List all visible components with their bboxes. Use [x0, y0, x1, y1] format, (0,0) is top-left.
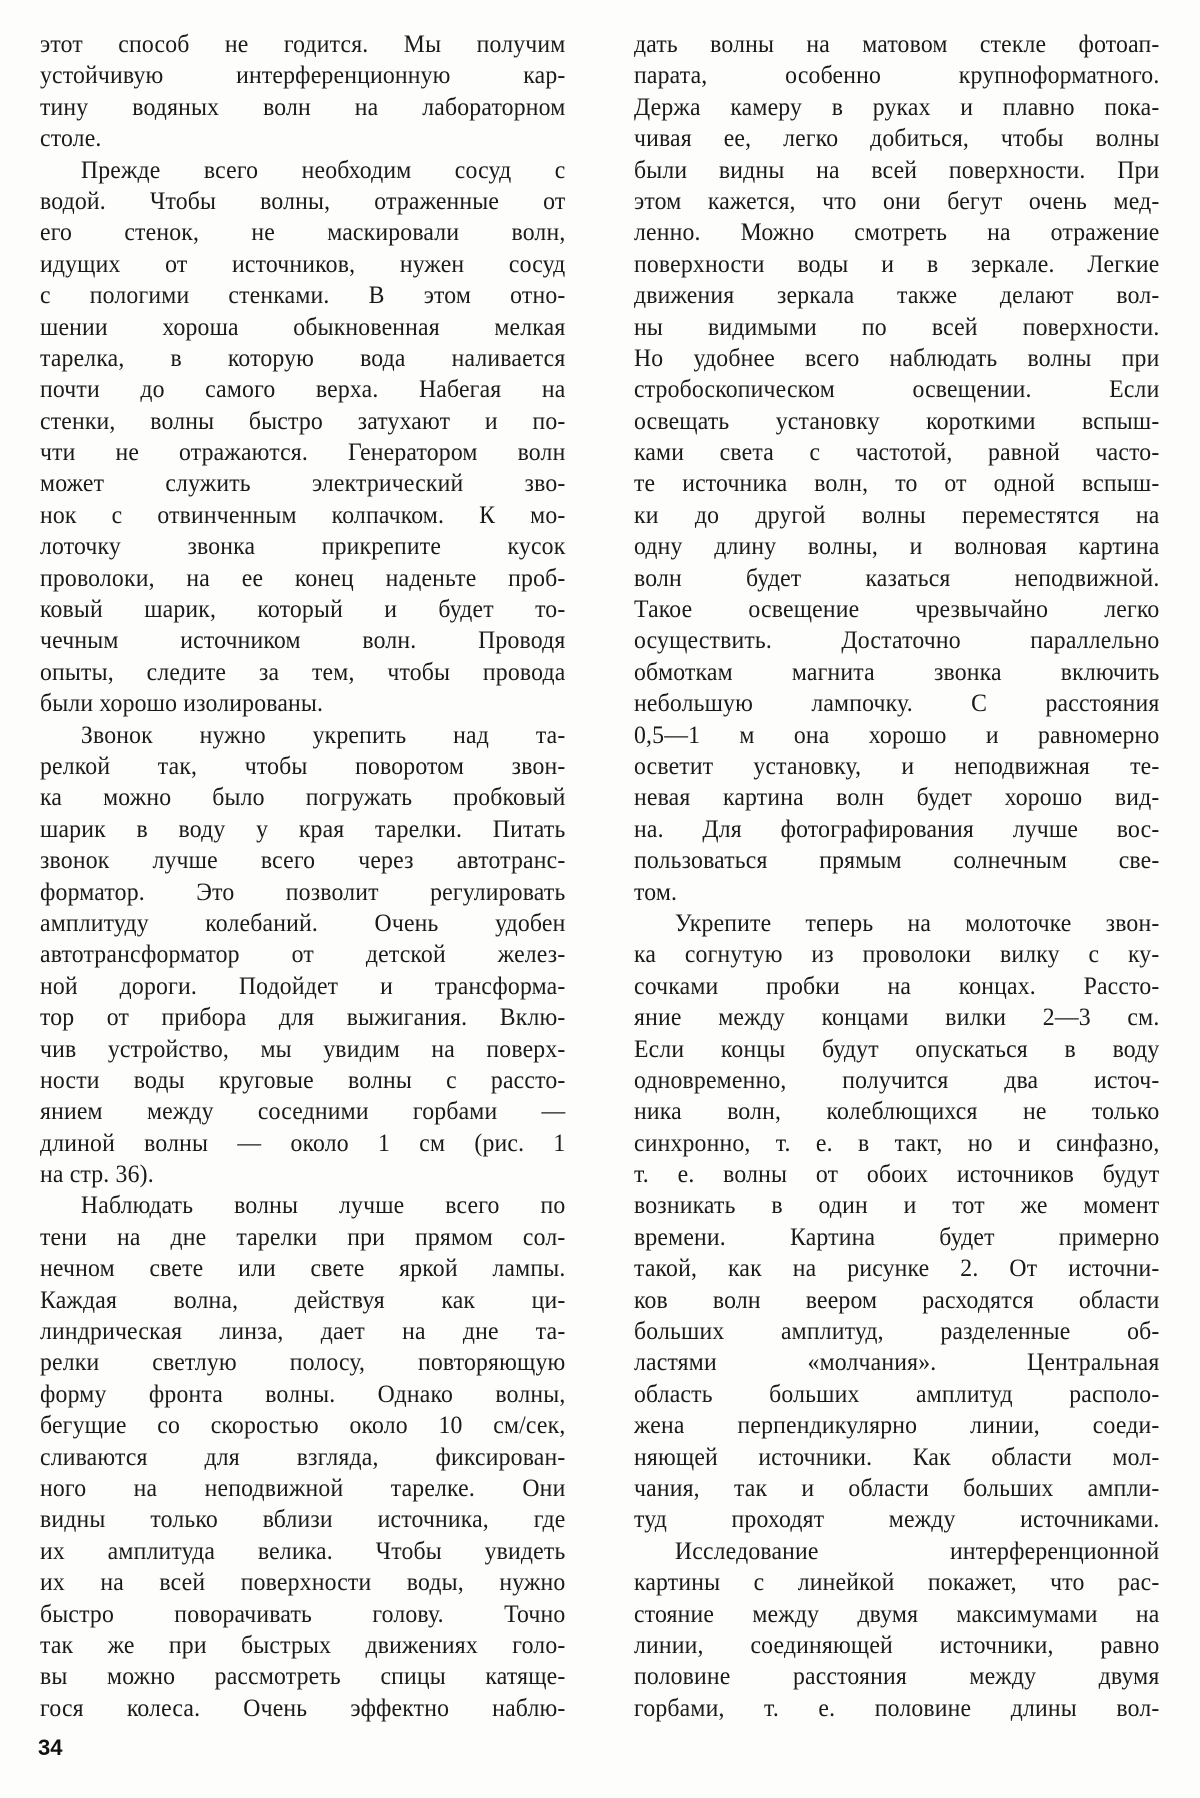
text-line: времени. Картина будет примерно	[634, 1221, 1159, 1252]
text-line: парата, особенно крупноформатного.	[634, 59, 1159, 90]
text-line: ками света с частотой, равной часто-	[634, 436, 1159, 467]
text-line: жена перпендикулярно линии, соеди-	[634, 1409, 1159, 1440]
text-line: обмоткам магнита звонка включить	[634, 656, 1159, 687]
text-line: поверхности воды и в зеркале. Легкие	[634, 248, 1159, 279]
text-line: чив устройство, мы увидим на поверх-	[40, 1033, 565, 1064]
text-line: осуществить. Достаточно параллельно	[634, 624, 1159, 655]
text-line: ного на неподвижной тарелке. Они	[40, 1472, 565, 1503]
text-line: ковый шарик, который и будет то-	[40, 593, 565, 624]
text-line: его стенок, не маскировали волн,	[40, 216, 565, 247]
text-line: ка можно было погружать пробковый	[40, 781, 565, 812]
text-line: Наблюдать волны лучше всего по	[40, 1189, 565, 1220]
text-line: столе.	[40, 122, 565, 153]
text-line: идущих от источников, нужен сосуд	[40, 248, 565, 279]
text-line: их амплитуда велика. Чтобы увидеть	[40, 1535, 565, 1566]
text-line: Прежде всего необходим сосуд с	[40, 154, 565, 185]
text-line: на стр. 36).	[40, 1158, 565, 1189]
text-line: нечном свете или свете яркой лампы.	[40, 1252, 565, 1283]
page-number: 34	[38, 1735, 62, 1761]
text-line: стенки, волны быстро затухают и по-	[40, 405, 565, 436]
text-line: проволоки, на ее конец наденьте проб-	[40, 562, 565, 593]
text-line: Держа камеру в руках и плавно пока-	[634, 91, 1159, 122]
text-line: половине расстояния между двумя	[634, 1660, 1159, 1691]
text-line: няющей источники. Как области мол-	[634, 1441, 1159, 1472]
text-line: тор от прибора для выжигания. Вклю-	[40, 1001, 565, 1032]
text-line: т. е. волны от обоих источников будут	[634, 1158, 1159, 1189]
text-line: Но удобнее всего наблюдать волны при	[634, 342, 1159, 373]
text-line: ника волн, колеблющихся не только	[634, 1095, 1159, 1126]
text-line: амплитуду колебаний. Очень удобен	[40, 907, 565, 938]
text-line: горбами, т. е. половине длины вол-	[634, 1692, 1159, 1723]
right-column: дать волны на матовом стекле фотоап-пара…	[634, 28, 1160, 1723]
text-line: пользоваться прямым солнечным све-	[634, 844, 1159, 875]
text-line: больших амплитуд, разделенные об-	[634, 1315, 1159, 1346]
text-line: Исследование интерференционной	[634, 1535, 1159, 1566]
text-line: сочками пробки на концах. Рассто-	[634, 970, 1159, 1001]
text-line: вы можно рассмотреть спицы катяще-	[40, 1660, 565, 1691]
text-line: может служить электрический зво-	[40, 467, 565, 498]
text-line: устойчивую интерференционную кар-	[40, 59, 565, 90]
text-line: линии, соединяющей источники, равно	[634, 1629, 1159, 1660]
text-line: том.	[634, 876, 1159, 907]
text-line: ленно. Можно смотреть на отражение	[634, 216, 1159, 247]
text-line: релки светлую полосу, повторяющую	[40, 1346, 565, 1377]
text-line: так же при быстрых движениях голо-	[40, 1629, 565, 1660]
text-line: 0,5—1 м она хорошо и равномерно	[634, 719, 1159, 750]
text-line: бегущие со скоростью около 10 см/сек,	[40, 1409, 565, 1440]
text-line: чивая ее, легко добиться, чтобы волны	[634, 122, 1159, 153]
text-line: невая картина волн будет хорошо вид-	[634, 781, 1159, 812]
text-line: шарик в воду у края тарелки. Питать	[40, 813, 565, 844]
text-line: движения зеркала также делают вол-	[634, 279, 1159, 310]
text-line: звонок лучше всего через автотранс-	[40, 844, 565, 875]
text-line: гося колеса. Очень эффектно наблю-	[40, 1692, 565, 1723]
text-line: стояние между двумя максимумами на	[634, 1598, 1159, 1629]
text-line: были видны на всей поверхности. При	[634, 154, 1159, 185]
text-line: тарелка, в которую вода наливается	[40, 342, 565, 373]
text-line: Укрепите теперь на молоточке звон-	[634, 907, 1159, 938]
text-line: ков волн веером расходятся области	[634, 1284, 1159, 1315]
text-line: длиной волны — около 1 см (рис. 1	[40, 1127, 565, 1158]
text-line: на. Для фотографирования лучше вос-	[634, 813, 1159, 844]
text-line: возникать в один и тот же момент	[634, 1189, 1159, 1220]
text-line: чания, так и области больших ампли-	[634, 1472, 1159, 1503]
text-line: с пологими стенками. В этом отно-	[40, 279, 565, 310]
text-line: форматор. Это позволит регулировать	[40, 876, 565, 907]
text-line: лоточку звонка прикрепите кусок	[40, 530, 565, 561]
left-column: этот способ не годится. Мы получимустойч…	[40, 28, 566, 1723]
text-line: одну длину волны, и волновая картина	[634, 530, 1159, 561]
text-line: область больших амплитуд располо-	[634, 1378, 1159, 1409]
text-line: этом кажется, что они бегут очень мед-	[634, 185, 1159, 216]
text-line: этот способ не годится. Мы получим	[40, 28, 565, 59]
text-line: релкой так, чтобы поворотом звон-	[40, 750, 565, 781]
text-line: ластями «молчания». Центральная	[634, 1346, 1159, 1377]
text-line: быстро поворачивать голову. Точно	[40, 1598, 565, 1629]
text-line: ности воды круговые волны с рассто-	[40, 1064, 565, 1095]
text-line: нок с отвинченным колпачком. К мо-	[40, 499, 565, 530]
text-line: их на всей поверхности воды, нужно	[40, 1566, 565, 1597]
text-line: Если концы будут опускаться в воду	[634, 1033, 1159, 1064]
text-line: опыты, следите за тем, чтобы провода	[40, 656, 565, 687]
text-line: Такое освещение чрезвычайно легко	[634, 593, 1159, 624]
text-line: осветит установку, и неподвижная те-	[634, 750, 1159, 781]
text-line: одновременно, получится два источ-	[634, 1064, 1159, 1095]
text-line: синхронно, т. е. в такт, но и синфазно,	[634, 1127, 1159, 1158]
text-line: тени на дне тарелки при прямом сол-	[40, 1221, 565, 1252]
text-line: такой, как на рисунке 2. От источни-	[634, 1252, 1159, 1283]
text-line: видны только вблизи источника, где	[40, 1503, 565, 1534]
text-line: яние между концами вилки 2—3 см.	[634, 1001, 1159, 1032]
text-line: небольшую лампочку. С расстояния	[634, 687, 1159, 718]
text-line: ки до другой волны переместятся на	[634, 499, 1159, 530]
text-line: ны видимыми по всей поверхности.	[634, 311, 1159, 342]
text-line: Звонок нужно укрепить над та-	[40, 719, 565, 750]
text-line: стробоскопическом освещении. Если	[634, 373, 1159, 404]
text-line: водой. Чтобы волны, отраженные от	[40, 185, 565, 216]
text-line: янием между соседними горбами —	[40, 1095, 565, 1126]
text-line: тину водяных волн на лабораторном	[40, 91, 565, 122]
text-line: волн будет казаться неподвижной.	[634, 562, 1159, 593]
text-line: картины с линейкой покажет, что рас-	[634, 1566, 1159, 1597]
text-line: ка согнутую из проволоки вилку с ку-	[634, 938, 1159, 969]
text-line: форму фронта волны. Однако волны,	[40, 1378, 565, 1409]
text-line: чечным источником волн. Проводя	[40, 624, 565, 655]
text-line: ной дороги. Подойдет и трансформа-	[40, 970, 565, 1001]
text-line: освещать установку короткими вспыш-	[634, 405, 1159, 436]
text-line: были хорошо изолированы.	[40, 687, 565, 718]
text-line: дать волны на матовом стекле фотоап-	[634, 28, 1159, 59]
text-line: автотрансформатор от детской желез-	[40, 938, 565, 969]
text-line: сливаются для взгляда, фиксирован-	[40, 1441, 565, 1472]
text-line: почти до самого верха. Набегая на	[40, 373, 565, 404]
text-line: туд проходят между источниками.	[634, 1503, 1159, 1534]
text-line: те источника волн, то от одной вспыш-	[634, 467, 1159, 498]
text-line: шении хороша обыкновенная мелкая	[40, 311, 565, 342]
text-line: линдрическая линза, дает на дне та-	[40, 1315, 565, 1346]
text-line: Каждая волна, действуя как ци-	[40, 1284, 565, 1315]
text-line: чти не отражаются. Генератором волн	[40, 436, 565, 467]
